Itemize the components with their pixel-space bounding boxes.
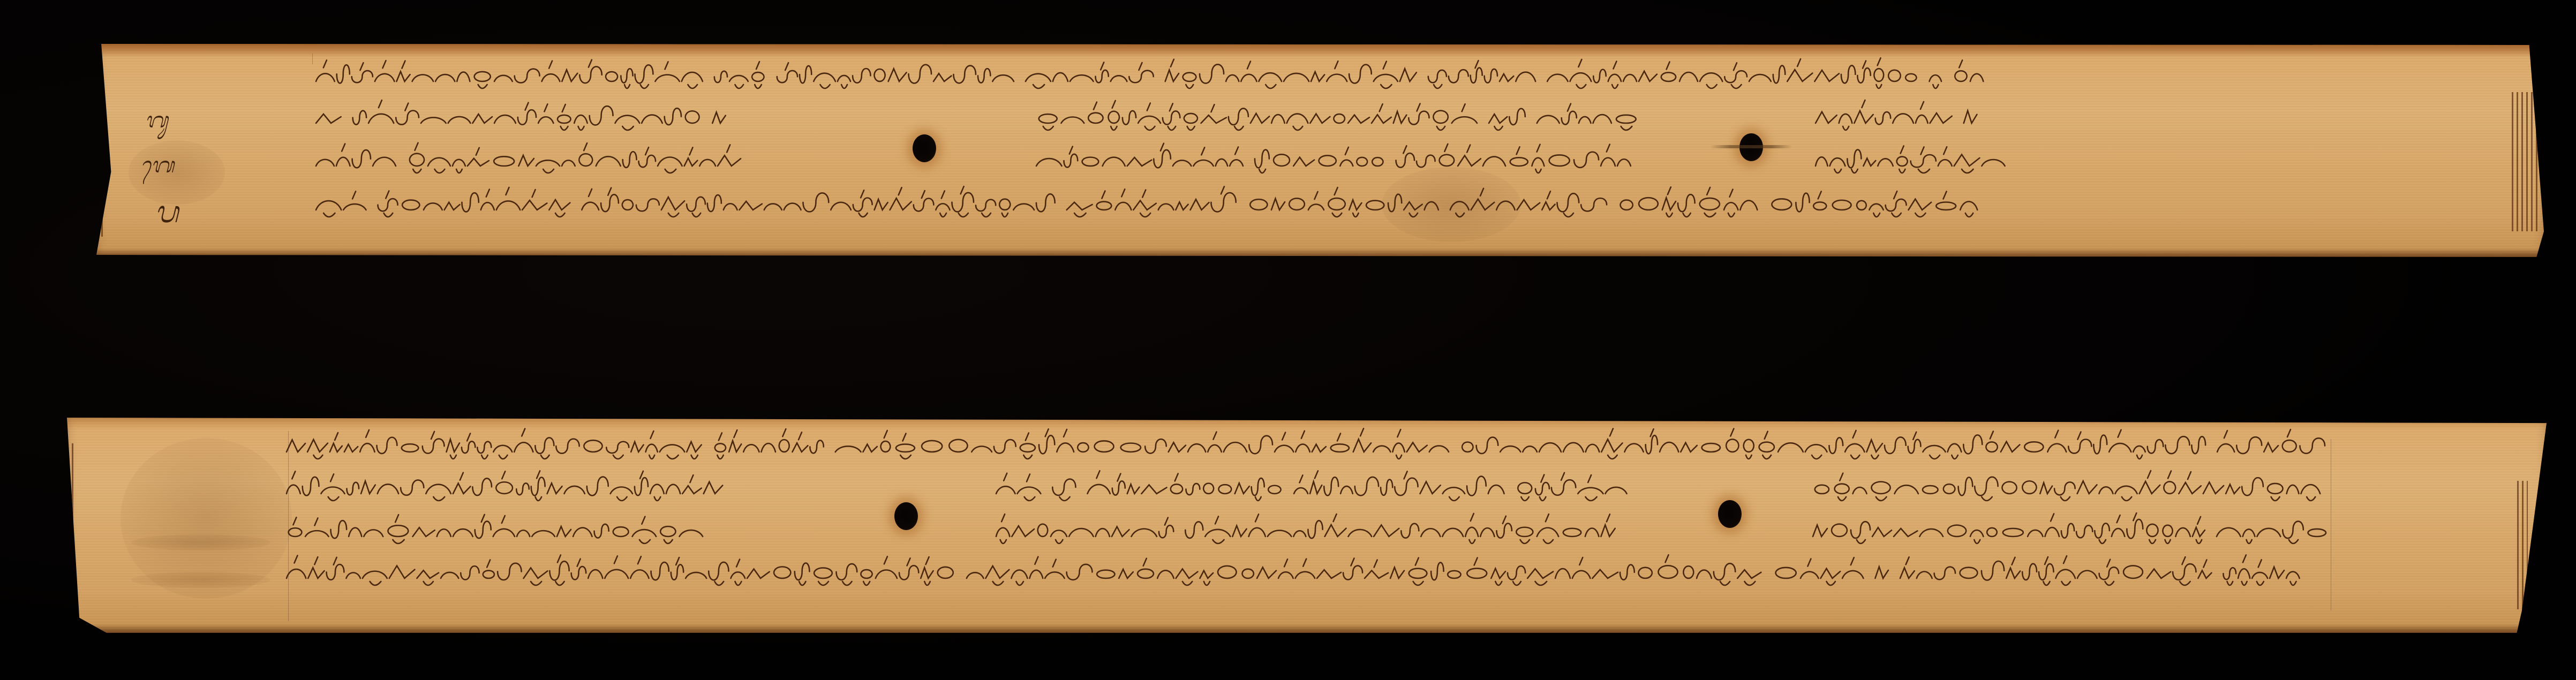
leaf-1-discolored-top-edge [96, 44, 2544, 58]
handwritten-script-glyphs [1036, 150, 1633, 180]
leaf-1-margin-rule [312, 54, 313, 64]
handwritten-script-glyphs [316, 65, 1992, 95]
handwritten-script-glyphs [287, 436, 2324, 466]
script-line-segment: [Balinese script line 4 — full width] [287, 562, 2311, 592]
handwritten-script-glyphs [316, 150, 742, 180]
page-marker-3: ᬧ [154, 190, 179, 244]
leaf-2-frayed-right-edge [2517, 481, 2528, 609]
handwritten-script-glyphs [1813, 520, 2319, 550]
handwritten-script-glyphs [1036, 107, 1647, 137]
script-line-segment [1036, 150, 1633, 180]
script-line-segment [1816, 150, 1995, 180]
leaf-stain [131, 534, 270, 550]
script-line-segment: [Balinese script line 1 — full width] [316, 65, 1992, 95]
script-line-segment [1813, 478, 2316, 508]
leaf-2-frayed-left-edge [67, 443, 73, 620]
leaf-1-frayed-right-edge [2512, 92, 2539, 231]
handwritten-script-glyphs [1816, 107, 1990, 137]
binding-hole [894, 502, 918, 530]
script-line-segment [1036, 107, 1647, 137]
script-line-segment: [Balinese script line 4 — full width] [316, 194, 1987, 224]
handwritten-script-glyphs [287, 520, 712, 550]
script-line-segment: [Balinese script line 2 — three segments… [287, 478, 718, 508]
handwritten-script-glyphs [996, 520, 1623, 550]
handwritten-script-glyphs [1813, 478, 2316, 508]
handwritten-script-glyphs [287, 478, 718, 508]
script-line-segment: [Balinese script line 1 — full width] [287, 436, 2324, 466]
leaf-2-right-margin-rule [2331, 439, 2331, 610]
handwritten-script-glyphs [316, 107, 742, 137]
binding-hole [1739, 133, 1763, 161]
script-line-segment [1813, 520, 2319, 550]
page-marker-2: ᬕᬾ [140, 150, 175, 188]
script-line-segment: [Balinese script line 3 — three segments… [316, 150, 742, 180]
handwritten-script-glyphs [1816, 150, 1995, 180]
binding-hole [913, 134, 936, 162]
script-line-segment [996, 520, 1623, 550]
handwritten-script-glyphs [287, 562, 2311, 592]
script-line-segment [1816, 107, 1990, 137]
black-background: ᬕᬸ ᬕᬾ ᬧ [Balinese script line 1 — full w… [0, 0, 2576, 680]
leaf-1-frayed-left-edge [96, 76, 104, 237]
script-line-segment: [Balinese script line 2 — three segments… [316, 107, 742, 137]
script-line-segment: [Balinese script line 3 — three segments… [287, 520, 712, 550]
script-line-segment [996, 478, 1628, 508]
binding-hole [1718, 500, 1742, 528]
leaf-stain [131, 572, 270, 588]
handwritten-script-glyphs [316, 194, 1987, 224]
page-marker-1: ᬕᬸ [145, 105, 169, 143]
handwritten-script-glyphs [996, 478, 1628, 508]
